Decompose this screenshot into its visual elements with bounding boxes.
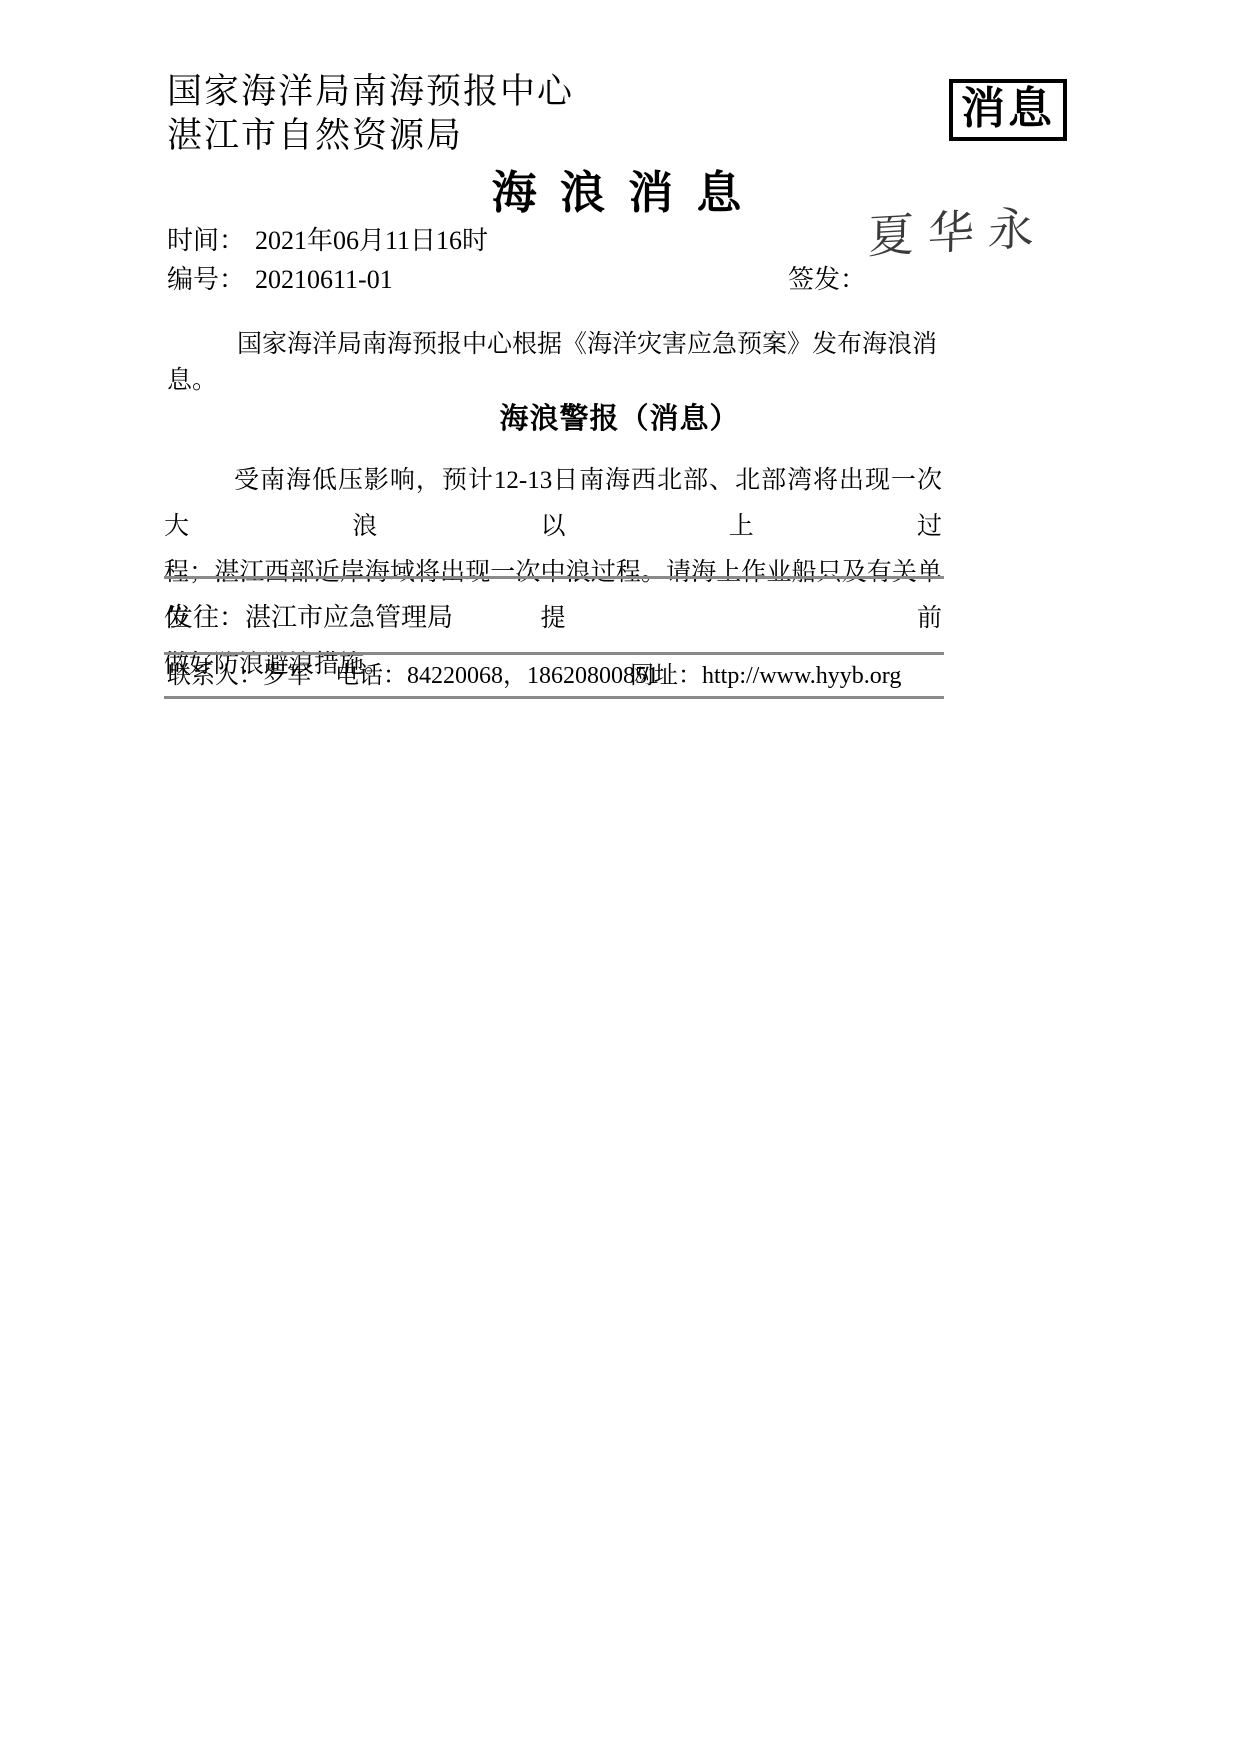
send-to-value: 湛江市应急管理局 (245, 603, 453, 632)
contact-phone-value: 84220068，18620800851 (407, 663, 659, 689)
message-type-badge: 消息 (949, 79, 1067, 141)
contact-website: 网址：http://www.hyyb.org (630, 660, 901, 692)
send-to-row: 发往：湛江市应急管理局 (167, 597, 453, 634)
intro-paragraph: 国家海洋局南海预报中心根据《海洋灾害应急预案》发布海浪消息。 (167, 327, 947, 399)
number-label: 编号： (167, 263, 245, 297)
org-name-line1: 国家海洋局南海预报中心 (167, 70, 574, 114)
document-page: 国家海洋局南海预报中心 湛江市自然资源局 消息 海 浪 消 息 时间： 2021… (0, 0, 1239, 1754)
contact-person: 联系人：罗军 (167, 660, 311, 692)
divider-rule-middle (164, 652, 944, 655)
contact-person-value: 罗军 (263, 663, 311, 689)
warning-subtitle: 海浪警报（消息） (0, 396, 1239, 437)
contact-person-label: 联系人： (167, 663, 263, 689)
contact-web-value: http://www.hyyb.org (702, 663, 901, 689)
sign-off-label: 签发： (788, 263, 866, 297)
send-to-label: 发往： (167, 603, 245, 632)
org-name-line2: 湛江市自然资源局 (167, 114, 463, 158)
divider-rule-top (164, 576, 944, 579)
time-label: 时间： (167, 224, 245, 258)
body-line-1: 受南海低压影响，预计12-13日南海西北部、北部湾将出现一次大浪以上过 (164, 458, 942, 550)
divider-rule-bottom (164, 696, 944, 699)
contact-phone-label: 电话： (335, 663, 407, 689)
number-value: 20210611-01 (255, 263, 393, 297)
contact-phone: 电话：84220068，18620800851 (335, 660, 659, 692)
document-title: 海 浪 消 息 (0, 156, 1239, 221)
contact-web-label: 网址： (630, 663, 702, 689)
handwritten-signature: 夏华永 (868, 191, 1049, 267)
time-value: 2021年06月11日16时 (255, 224, 488, 258)
